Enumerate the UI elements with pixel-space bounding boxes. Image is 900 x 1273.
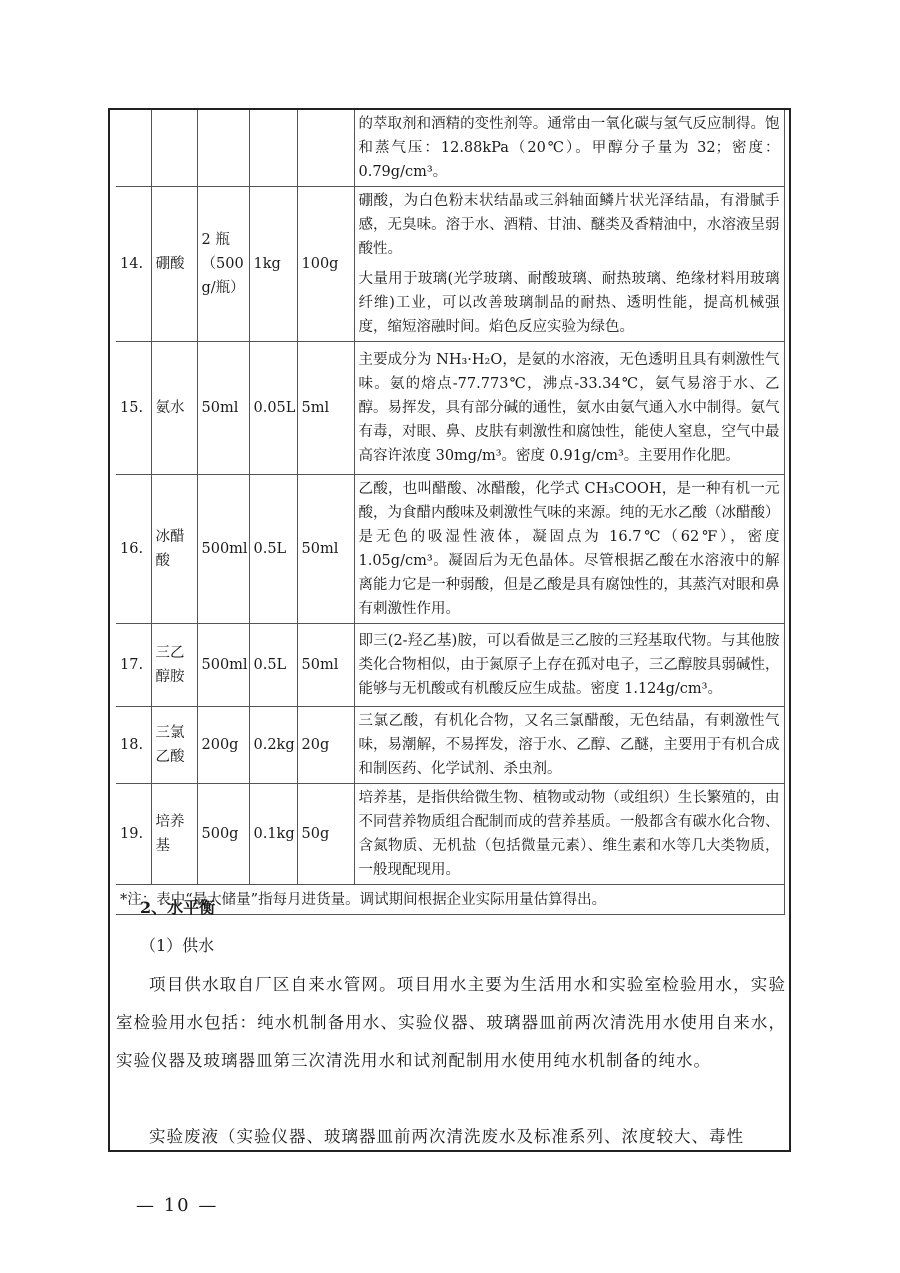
table-row: 19. 培养基 500g 0.1kg 50g 培养基，是指供给微生物、植物或动物… [116, 784, 784, 885]
cell-usage: 100g [297, 187, 354, 342]
cell-usage: 50ml [297, 624, 354, 707]
cell-no: 19. [116, 784, 151, 885]
cell-spec: 500ml [197, 624, 249, 707]
description-text: 培养基，是指供给微生物、植物或动物（或组织）生长繁殖的，由不同营养物质组合配制而… [359, 786, 780, 882]
cell-usage: 20g [297, 707, 354, 784]
cell-max-storage: 0.5L [249, 624, 297, 707]
cell-name: 培养基 [151, 784, 197, 885]
body-paragraph: 实验废液（实验仪器、玻璃器皿前两次清洗废水及标准系列、浓度较大、毒性 [116, 1118, 786, 1156]
table-row: 18. 三氯乙酸 200g 0.2kg 20g 三氯乙酸，有机化合物，又名三氯醋… [116, 707, 784, 784]
page-number: — 10 — [136, 1195, 218, 1216]
section-heading: 2、水平衡 [140, 895, 215, 918]
description-text: 的萃取剂和酒精的变性剂等。通常由一氧化碳与氢气反应制得。饱和蒸气压：12.88k… [359, 112, 780, 184]
cell-spec: 200g [197, 707, 249, 784]
cell-name: 硼酸 [151, 187, 197, 342]
cell-usage [297, 110, 354, 187]
cell-no: 16. [116, 475, 151, 624]
table-row: 的萃取剂和酒精的变性剂等。通常由一氧化碳与氢气反应制得。饱和蒸气压：12.88k… [116, 110, 784, 187]
section-subheading: （1）供水 [140, 933, 214, 956]
cell-description: 即三(2-羟乙基)胺，可以看做是三乙胺的三羟基取代物。与其他胺类化合物相似，由于… [354, 624, 784, 707]
body-paragraph: 项目供水取自厂区自来水管网。项目用水主要为生活用水和实验室检验用水，实验室检验用… [116, 966, 786, 1080]
cell-description: 主要成分为 NH₃·H₂O，是氨的水溶液，无色透明且具有刺激性气味。氨的熔点-7… [354, 342, 784, 475]
table-row: 17. 三乙醇胺 500ml 0.5L 50ml 即三(2-羟乙基)胺，可以看做… [116, 624, 784, 707]
cell-name: 氨水 [151, 342, 197, 475]
description-text: 主要成分为 NH₃·H₂O，是氨的水溶液，无色透明且具有刺激性气味。氨的熔点-7… [359, 348, 780, 468]
cell-max-storage: 0.2kg [249, 707, 297, 784]
cell-name [151, 110, 197, 187]
cell-spec: 50ml [197, 342, 249, 475]
table-note-row: *注：表中“最大储量”指每月进货量。调试期间根据企业实际用量估算得出。 [116, 885, 784, 915]
cell-usage: 50g [297, 784, 354, 885]
cell-spec: 2 瓶（500 g/瓶） [197, 187, 249, 342]
chemical-table: 的萃取剂和酒精的变性剂等。通常由一氧化碳与氢气反应制得。饱和蒸气压：12.88k… [116, 110, 785, 915]
cell-description: 培养基，是指供给微生物、植物或动物（或组织）生长繁殖的，由不同营养物质组合配制而… [354, 784, 784, 885]
description-text: 硼酸，为白色粉末状结晶或三斜轴面鳞片状光泽结晶，有滑腻手感，无臭味。溶于水、酒精… [359, 189, 780, 261]
cell-no: 15. [116, 342, 151, 475]
cell-usage: 50ml [297, 475, 354, 624]
cell-spec: 500ml [197, 475, 249, 624]
cell-max-storage: 0.1kg [249, 784, 297, 885]
cell-name: 三乙醇胺 [151, 624, 197, 707]
table-note: *注：表中“最大储量”指每月进货量。调试期间根据企业实际用量估算得出。 [116, 885, 784, 915]
cell-description: 乙酸，也叫醋酸、冰醋酸，化学式 CH₃COOH，是一种有机一元酸，为食醋内酸味及… [354, 475, 784, 624]
cell-no: 18. [116, 707, 151, 784]
cell-description: 的萃取剂和酒精的变性剂等。通常由一氧化碳与氢气反应制得。饱和蒸气压：12.88k… [354, 110, 784, 187]
cell-no: 14. [116, 187, 151, 342]
table-row: 14. 硼酸 2 瓶（500 g/瓶） 1kg 100g 硼酸，为白色粉末状结晶… [116, 187, 784, 342]
cell-name: 冰醋酸 [151, 475, 197, 624]
cell-no [116, 110, 151, 187]
cell-name: 三氯乙酸 [151, 707, 197, 784]
cell-no: 17. [116, 624, 151, 707]
cell-max-storage: 1kg [249, 187, 297, 342]
description-text: 乙酸，也叫醋酸、冰醋酸，化学式 CH₃COOH，是一种有机一元酸，为食醋内酸味及… [359, 477, 780, 621]
cell-description: 硼酸，为白色粉末状结晶或三斜轴面鳞片状光泽结晶，有滑腻手感，无臭味。溶于水、酒精… [354, 187, 784, 342]
cell-usage: 5ml [297, 342, 354, 475]
table-row: 16. 冰醋酸 500ml 0.5L 50ml 乙酸，也叫醋酸、冰醋酸，化学式 … [116, 475, 784, 624]
cell-description: 三氯乙酸，有机化合物，又名三氯醋酸，无色结晶，有刺激性气味，易潮解，不易挥发，溶… [354, 707, 784, 784]
description-text: 即三(2-羟乙基)胺，可以看做是三乙胺的三羟基取代物。与其他胺类化合物相似，由于… [359, 629, 780, 701]
cell-max-storage: 0.05L [249, 342, 297, 475]
cell-max-storage [249, 110, 297, 187]
cell-max-storage: 0.5L [249, 475, 297, 624]
cell-spec: 500g [197, 784, 249, 885]
description-text: 三氯乙酸，有机化合物，又名三氯醋酸，无色结晶，有刺激性气味，易潮解，不易挥发，溶… [359, 709, 780, 781]
cell-spec [197, 110, 249, 187]
description-text: 大量用于玻璃(光学玻璃、耐酸玻璃、耐热玻璃、绝缘材料用玻璃纤维)工业，可以改善玻… [359, 267, 780, 339]
table-row: 15. 氨水 50ml 0.05L 5ml 主要成分为 NH₃·H₂O，是氨的水… [116, 342, 784, 475]
